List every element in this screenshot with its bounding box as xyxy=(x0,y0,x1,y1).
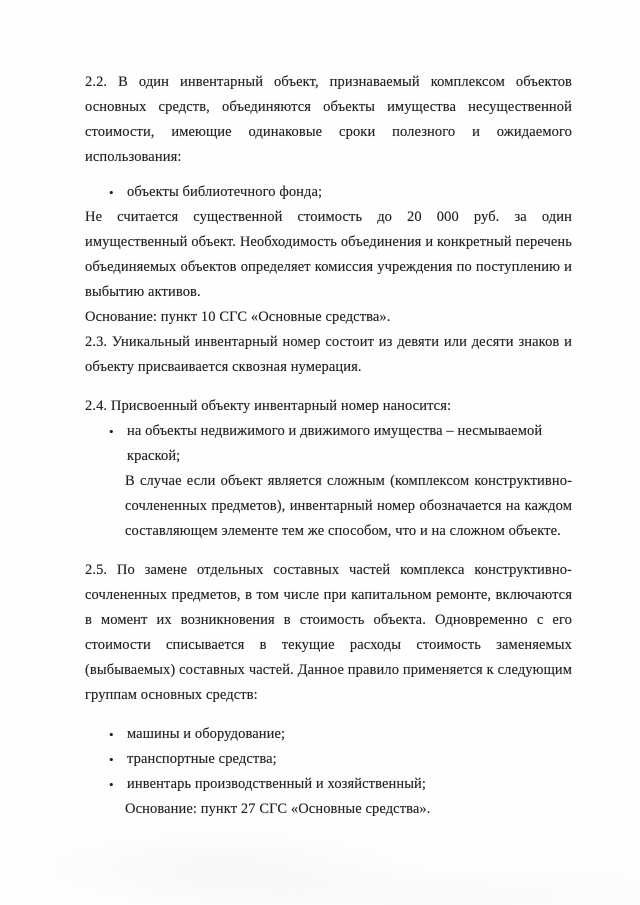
bullet-item-label: машины и оборудование; xyxy=(127,722,572,747)
bullet-item-machines: • машины и оборудование; xyxy=(85,722,572,747)
basis-line-point-10: Основание: пункт 10 СГС «Основные средст… xyxy=(85,305,572,330)
bullet-item-label: транспортные средства; xyxy=(127,747,572,772)
bullet-item-paint: • на объекты недвижимого и движимого иму… xyxy=(85,419,572,469)
paragraph-complex-note: В случае если объект является сложным (к… xyxy=(125,469,572,544)
bullet-item-inventory: • инвентарь производственный и хозяйстве… xyxy=(85,772,572,797)
paragraph-cost-note: Не считается существенной стоимость до 2… xyxy=(85,205,572,305)
document-body: 2.2. В один инвентарный объект, признава… xyxy=(85,70,572,822)
bullet-item-label: инвентарь производственный и хозяйственн… xyxy=(127,772,572,797)
bullet-item-transport: • транспортные средства; xyxy=(85,747,572,772)
paragraph-2-4: 2.4. Присвоенный объекту инвентарный ном… xyxy=(85,394,572,419)
paragraph-2-3: 2.3. Уникальный инвентарный номер состои… xyxy=(85,330,572,380)
bullet-icon: • xyxy=(109,747,127,772)
paragraph-2-5: 2.5. По замене отдельных составных часте… xyxy=(85,558,572,708)
bullet-icon: • xyxy=(109,722,127,747)
basis-line-point-27: Основание: пункт 27 СГС «Основные средст… xyxy=(125,797,572,822)
bullet-icon: • xyxy=(109,772,127,797)
bullet-icon: • xyxy=(109,180,127,205)
bullet-icon: • xyxy=(109,419,127,444)
document-page: 2.2. В один инвентарный объект, признава… xyxy=(0,0,640,905)
bullet-item-label: на объекты недвижимого и движимого имуще… xyxy=(127,419,572,469)
bullet-item-label: объекты библиотечного фонда; xyxy=(127,180,572,205)
bullet-item-library: • объекты библиотечного фонда; xyxy=(85,180,572,205)
paragraph-2-2: 2.2. В один инвентарный объект, признава… xyxy=(85,70,572,170)
